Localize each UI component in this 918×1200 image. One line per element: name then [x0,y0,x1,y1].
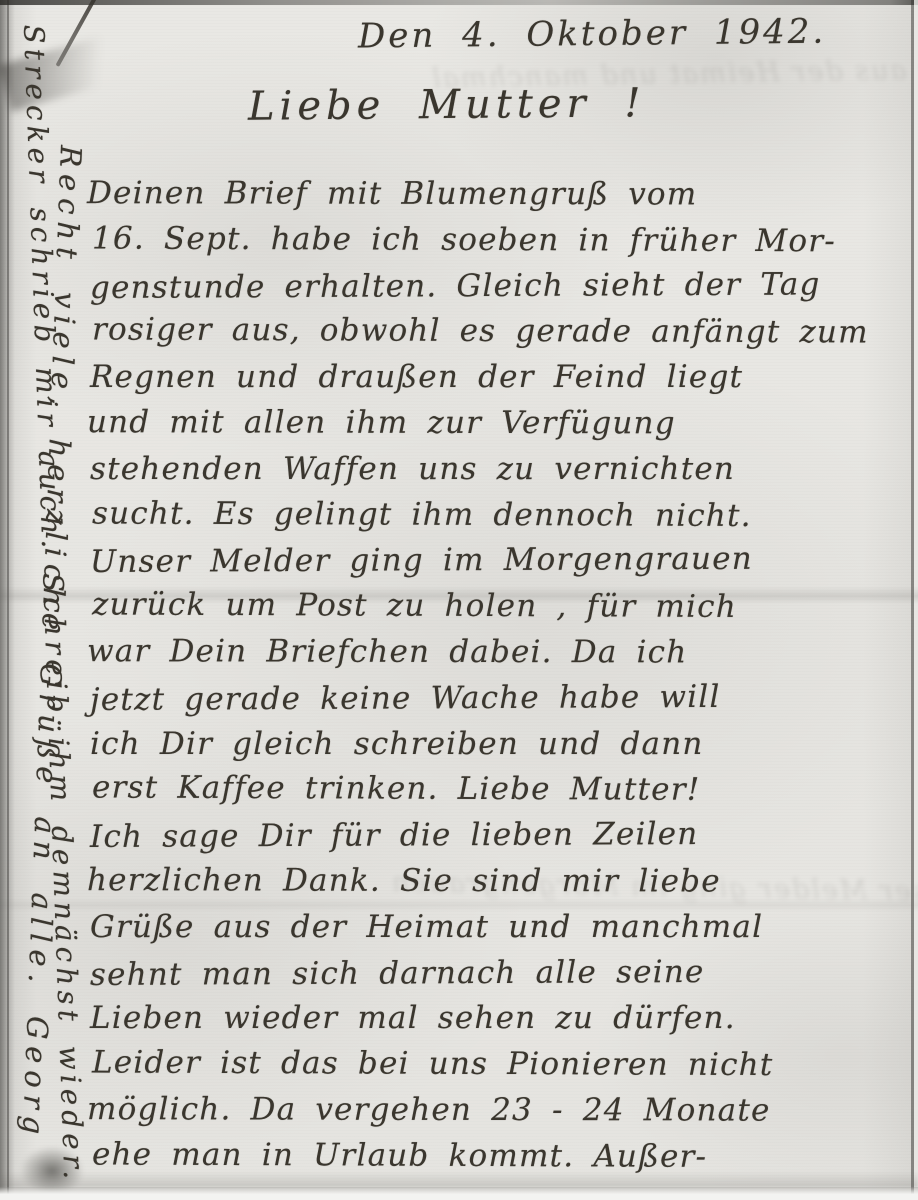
letter-line: ehe man in Urlaub kommt. Außer- [92,1132,902,1181]
letter-line: Grüße aus der Heimat und manchmal [90,905,900,951]
letter-line: 16. Sept. habe ich soeben in früher Mor- [92,216,902,265]
letter-line: Leider ist das bei uns Pionieren nicht [92,1041,902,1090]
letter-line: zurück um Post zu holen , für mich [92,583,902,632]
date-line: Den 4. Oktober 1942. [358,12,827,57]
letter-line: erst Kaffee trinken. Liebe Mutter! [92,766,902,815]
salutation: Liebe Mutter ! [248,80,646,129]
letter-body: Deinen Brief mit Blumengruß vom16. Sept.… [90,172,900,1180]
letter-line: sehnt man sich darnach alle seine [90,949,900,999]
letter-line: möglich. Da vergehen 23 - 24 Monate [87,1087,897,1134]
letter-line: und mit allen ihm zur Verfügung [87,400,897,447]
letter-line: Lieben wieder mal sehen zu dürfen. [90,996,900,1042]
letter-line: rosiger aus, obwohl es gerade anfängt zu… [92,308,902,357]
letter-line: Regnen und draußen der Feind liegt [90,355,900,401]
letter-line: sucht. Es gelingt ihm dennoch nicht. [92,491,902,540]
letter-line: genstunde erhalten. Gleich sieht der Tag [90,262,900,312]
letter-line: herzlichen Dank. Sie sind mir liebe [87,858,897,905]
letter-line: Ich sage Dir für die lieben Zeilen [90,811,900,861]
letter-line: ich Dir gleich schreiben und dann [90,722,900,768]
scanned-letter-page: Grüße aus der Heimat und manchmal Unser … [0,0,918,1200]
letter-line: jetzt gerade keine Wache habe will [90,674,900,724]
letter-line: Deinen Brief mit Blumengruß vom [87,171,897,218]
scan-edge-bottom-strip [0,1187,918,1200]
scan-edge-top [0,0,918,5]
letter-line: Unser Melder ging im Morgengrauen [90,536,900,586]
letter-line: war Dein Briefchen dabei. Da ich [87,629,897,676]
letter-line: stehenden Waffen uns zu vernichten [90,447,900,493]
